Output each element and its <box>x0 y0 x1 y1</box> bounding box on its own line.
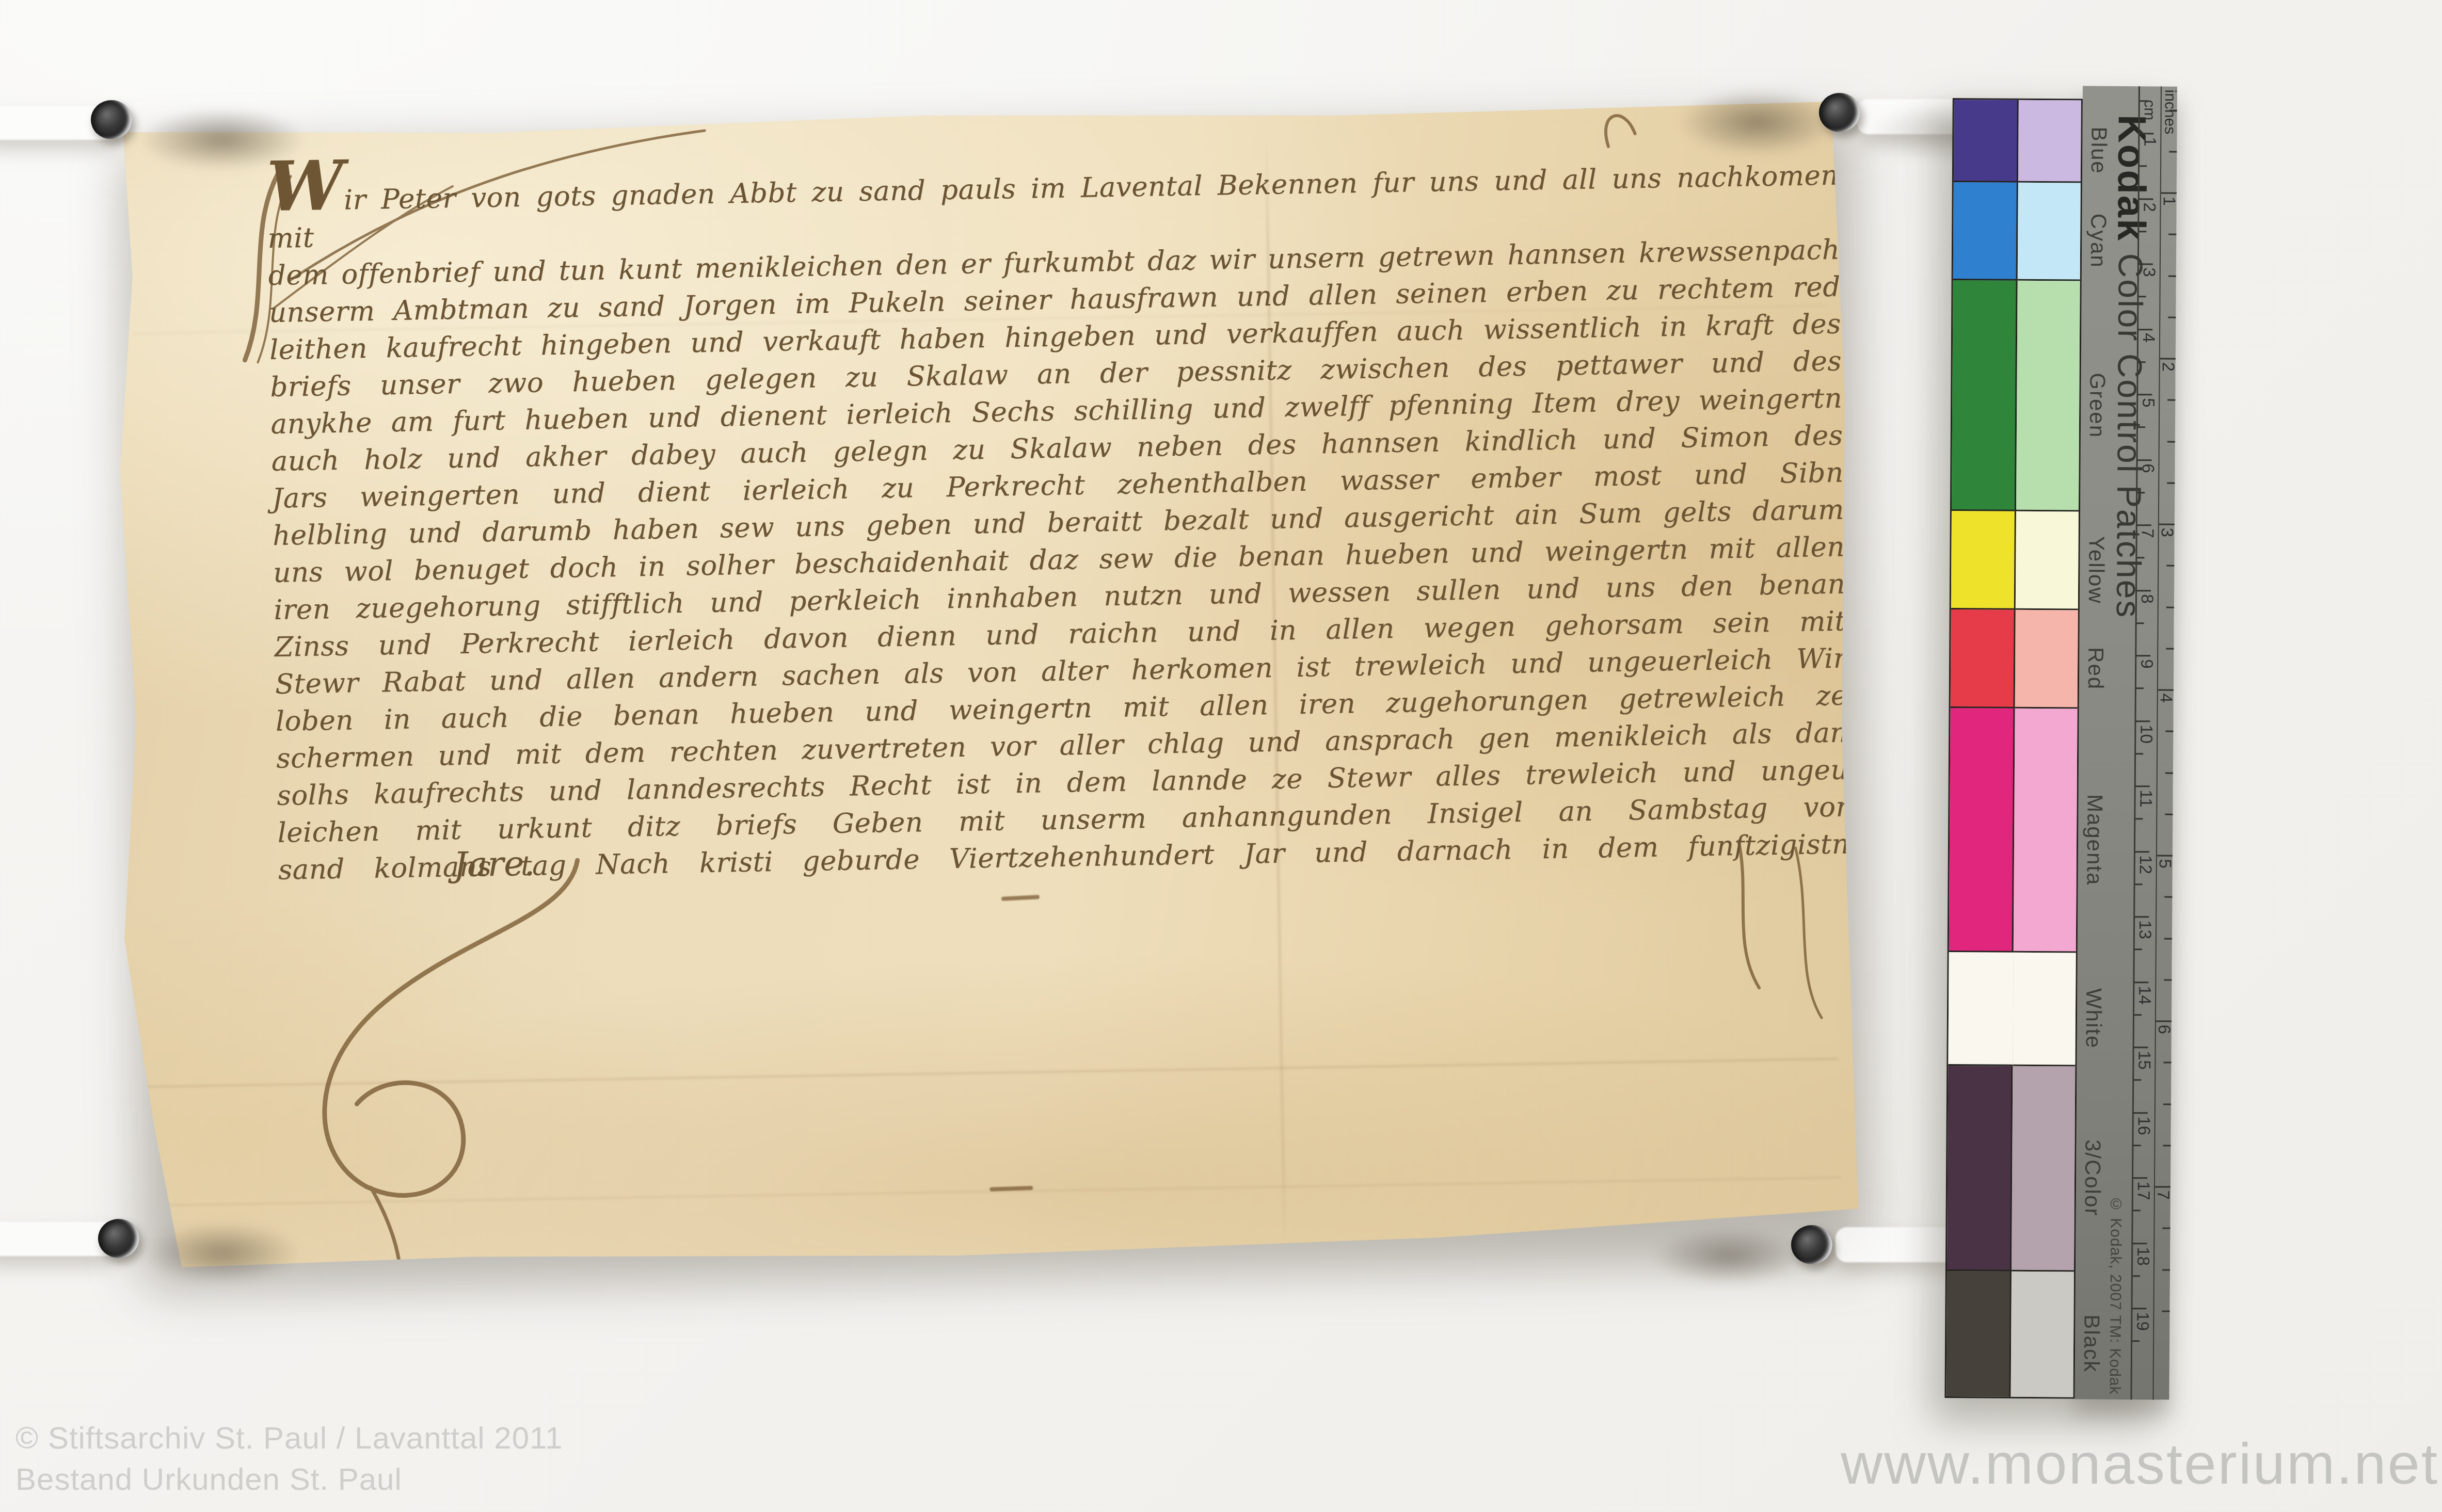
ruler-tick <box>2136 590 2151 591</box>
ruler-tick <box>2132 1340 2140 1342</box>
manuscript-text: Wir Peter von gots gnaden Abbt zu sand p… <box>266 143 1850 889</box>
ruler-number: 13 <box>2135 920 2155 939</box>
ruler-number: 16 <box>2134 1116 2154 1135</box>
ruler-tick <box>2161 192 2177 194</box>
patch-column-light <box>2010 100 2081 1397</box>
kodak-strip-gray-bar: Kodak Color Control Patches © Kodak, 200… <box>2074 86 2177 1400</box>
color-patch-yellow <box>2016 511 2079 610</box>
ruler-tick <box>2134 1047 2148 1048</box>
color-patch-black <box>1946 1271 2011 1397</box>
ruler-tick <box>2164 896 2172 898</box>
ruler-number: 5 <box>2138 398 2158 408</box>
ruler-tick <box>2138 263 2153 265</box>
ruler-tick <box>2156 1020 2172 1022</box>
ruler-number: 3 <box>2140 267 2159 277</box>
color-patch-blue <box>1954 100 2019 183</box>
ruler-tick <box>2162 1269 2170 1270</box>
ruler-tick <box>2133 1079 2141 1081</box>
ruler-number: 6 <box>2138 463 2158 473</box>
ruler-tick <box>2166 648 2174 649</box>
ruler-tick <box>2163 1145 2170 1146</box>
ruler-tick <box>2133 1145 2141 1146</box>
ruler-tick <box>2133 1177 2147 1179</box>
ruler-tick <box>2164 938 2172 939</box>
ruler-tick <box>2163 1062 2171 1064</box>
ruler-tick <box>2137 459 2152 461</box>
pin-shadow <box>1678 89 1838 156</box>
patch-column-dark <box>1946 100 2018 1397</box>
pin-shadow <box>139 108 305 170</box>
color-patch-blue <box>2018 100 2081 183</box>
ruler-number: 10 <box>2136 725 2156 744</box>
ruler-cm-label: cm <box>2141 100 2158 120</box>
color-patch-red <box>1951 609 2016 709</box>
ruler-tick <box>2167 441 2175 442</box>
metal-weight-pin <box>1791 1225 1832 1264</box>
ruler-number: 1 <box>2160 196 2179 206</box>
metal-weight-pin <box>98 1219 139 1258</box>
ruler-inches-label: inches <box>2161 89 2179 134</box>
color-patch-black <box>2010 1272 2073 1397</box>
ruler-tick <box>2139 198 2153 200</box>
ruler-number: 5 <box>2156 859 2175 868</box>
kodak-color-strip: Kodak Color Control Patches © Kodak, 200… <box>1944 85 2177 1400</box>
ruler-tick <box>2169 109 2177 111</box>
ruler-tick <box>2132 1308 2147 1309</box>
ruler-number: 7 <box>2153 1190 2173 1200</box>
ruler-tick <box>2135 753 2143 754</box>
ruler-tick <box>2166 565 2174 567</box>
ruler-number: 14 <box>2135 986 2154 1005</box>
ruler-number: 4 <box>2157 693 2176 703</box>
ruler-tick <box>2155 1186 2170 1187</box>
color-patch-3color <box>1947 1066 2013 1272</box>
ruler-tick <box>2139 165 2147 167</box>
ruler-tick <box>2135 883 2143 885</box>
ruler-number: 18 <box>2133 1247 2153 1266</box>
ruler-tick <box>2134 982 2148 983</box>
ruler-number: 2 <box>2140 202 2160 212</box>
ruler-tick <box>2137 394 2152 395</box>
ruler: cm inches 123456789101112131415161718191… <box>2074 86 2177 1400</box>
ruler-tick <box>2159 523 2175 525</box>
manuscript-closing: Jare. <box>453 844 535 885</box>
ruler-tick <box>2137 492 2145 493</box>
color-patch-cyan <box>1953 182 2018 281</box>
pin-shadow <box>1652 1228 1807 1285</box>
color-patch-white <box>1948 952 2013 1066</box>
ruler-tick <box>2136 687 2144 689</box>
ruler-tick <box>2135 818 2143 819</box>
color-patch-white <box>2013 953 2076 1067</box>
ruler-tick <box>2166 606 2174 608</box>
archive-credit-line2: Bestand Urkunden St. Paul <box>15 1461 402 1497</box>
archive-credit-line1: © Stiftsarchiv St. Paul / Lavanttal 2011 <box>15 1420 563 1456</box>
ruler-tick <box>2165 772 2173 774</box>
monasterium-watermark: www.monasterium.net <box>1841 1430 2439 1497</box>
ruler-tick <box>2138 329 2152 330</box>
ruler-tick <box>2138 231 2146 232</box>
color-patch-green <box>2016 281 2080 512</box>
ruler-tick <box>2134 948 2142 950</box>
ruler-tick <box>2132 1243 2147 1244</box>
ruler-number: 12 <box>2136 855 2156 874</box>
ruler-tick <box>2133 1210 2141 1211</box>
ruler-tick <box>2137 426 2145 428</box>
ruler-tick <box>2165 731 2173 732</box>
ruler-number: 15 <box>2134 1051 2154 1070</box>
metal-weight-pin <box>91 100 132 139</box>
ruler-tick <box>2164 979 2172 980</box>
ruler-tick <box>2168 234 2176 235</box>
ruler-tick <box>2157 855 2173 856</box>
ruler-number: 2 <box>2159 362 2178 372</box>
ruler-tick <box>2134 916 2149 918</box>
ruler-tick <box>2136 622 2144 624</box>
ruler-tick <box>2167 482 2175 484</box>
ruler-tick <box>2167 399 2175 401</box>
pin-shadow <box>145 1222 299 1284</box>
ruler-tick <box>2160 358 2176 359</box>
metal-weight-pin <box>1819 93 1860 132</box>
ruler-number: 7 <box>2138 528 2158 538</box>
ruler-tick <box>2163 1103 2171 1105</box>
ruler-number: 19 <box>2133 1312 2152 1331</box>
ruler-tick <box>2135 720 2150 722</box>
color-patch-red <box>2015 610 2078 709</box>
ruler-number: 8 <box>2137 594 2157 604</box>
color-patch-yellow <box>1951 511 2016 610</box>
ruler-number: 17 <box>2134 1181 2153 1200</box>
ruler-tick <box>2137 524 2151 526</box>
ruler-tick <box>2140 100 2147 102</box>
ruler-tick <box>2138 296 2146 297</box>
ruler-tick <box>2136 655 2150 656</box>
ruler-tick <box>2162 1310 2169 1312</box>
ruler-tick <box>2134 1014 2142 1016</box>
color-patch-magenta <box>2014 709 2078 953</box>
ruler-number: 11 <box>2136 790 2156 807</box>
color-patch-magenta <box>1949 708 2015 953</box>
parchment-charter: Wir Peter von gots gnaden Abbt zu sand p… <box>111 100 1859 1269</box>
ruler-number: 1 <box>2140 137 2160 147</box>
ruler-number: 4 <box>2139 333 2159 343</box>
ruler-tick <box>2162 1228 2170 1229</box>
ruler-tick <box>2135 785 2150 787</box>
color-patch-cyan <box>2018 183 2081 281</box>
ruler-tick <box>2168 316 2176 318</box>
color-patches <box>1944 98 2082 1398</box>
ruler-number: 3 <box>2158 527 2177 537</box>
color-patch-3color <box>2012 1066 2075 1272</box>
ruler-tick <box>2132 1275 2140 1277</box>
ruler-tick <box>2158 689 2174 690</box>
ruler-tick <box>2135 851 2149 852</box>
ruler-tick <box>2138 361 2146 363</box>
ruler-tick <box>2168 275 2176 277</box>
ruler-tick <box>2139 133 2153 134</box>
ruler-tick <box>2169 151 2177 152</box>
ruler-tick <box>2133 1112 2148 1114</box>
color-patch-green <box>1952 280 2018 511</box>
ruler-number: 6 <box>2154 1024 2174 1034</box>
ruler-tick <box>2136 557 2144 558</box>
ruler-tick <box>2165 813 2173 815</box>
ruler-number: 9 <box>2137 659 2157 669</box>
